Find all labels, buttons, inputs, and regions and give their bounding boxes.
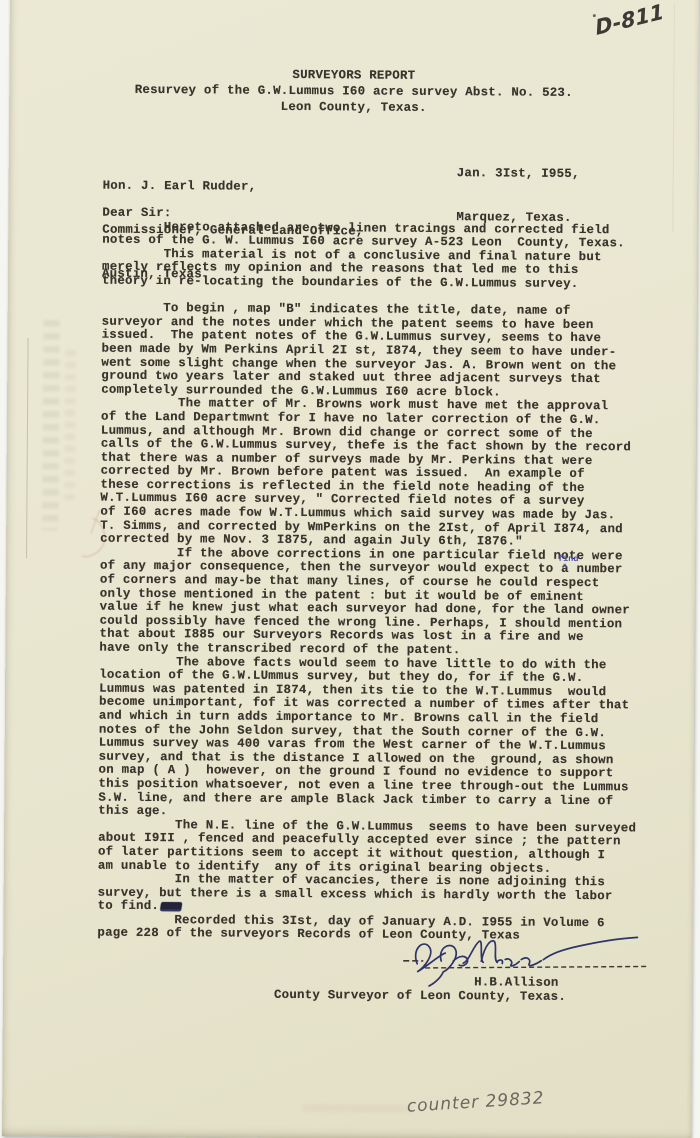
caret-mark: ^ — [562, 563, 567, 573]
scanned-document: { "colors": { "paper": "#eae6d1", "typew… — [0, 0, 700, 1138]
typed-signature-name: H.B.Allison — [474, 975, 559, 990]
bleedthrough-smudge — [302, 1104, 412, 1113]
report-title-block: SURVEYORS REPORT Resurvey of the G.W.Lum… — [9, 65, 698, 118]
counter-annotation: counter 29832 — [406, 1088, 545, 1117]
vertical-crease — [26, 338, 29, 558]
report-location: Leon County, Texas. — [9, 97, 698, 118]
letter-body: Dear Sir: Hereto attached are two linen … — [97, 207, 640, 945]
ink-blot-strikeout — [160, 902, 182, 911]
dateline-date: Jan. 3Ist, I955, — [457, 166, 580, 181]
recipient-name: Hon. J. Earl Rudder, — [103, 178, 364, 195]
bleedthrough-marks — [42, 320, 59, 530]
paper: D-811 SURVEYORS REPORT Resurvey of the G… — [2, 0, 699, 1138]
typed-signature-title: County Surveyor of Leon County, Texas. — [274, 988, 566, 1004]
bleedthrough-marks — [64, 350, 75, 500]
archive-code-annotation: D-811 — [594, 0, 666, 40]
